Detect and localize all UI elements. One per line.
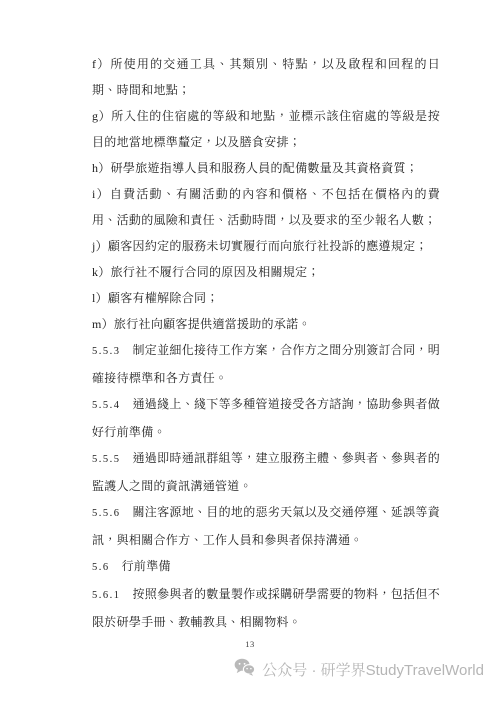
list-item-h: h）研學旅遊指導人員和服務人員的配備數量及其資格資質；	[92, 155, 440, 181]
list-item-j: j）顧客因約定的服務未切實履行而向旅行社投訴的應遵規定；	[92, 233, 440, 259]
wechat-icon	[234, 658, 255, 680]
section-number: 5.6	[92, 562, 110, 573]
clause-number: 5.5.5	[92, 454, 121, 465]
item-text: g）所入住的住宿處的等級和地點，並標示該住宿處的等級是按目的地當地標準釐定，以及…	[92, 109, 440, 149]
list-item-i: i）自費活動、有關活動的內容和價格、不包括在價格內的費用、活動的風險和責任、活動…	[92, 181, 440, 233]
clause-number: 5.5.4	[92, 400, 121, 411]
list-item-k: k）旅行社不履行合同的原因及相關規定；	[92, 259, 440, 285]
item-text: i）自費活動、有關活動的內容和價格、不包括在價格內的費用、活動的風險和責任、活動…	[92, 187, 440, 227]
clause-5-6-1: 5.6.1按照參與者的數量製作或採購研學需要的物料，包括但不限於研學手冊、教輔教…	[92, 581, 440, 635]
item-text: j）顧客因約定的服務未切實履行而向旅行社投訴的應遵規定；	[92, 239, 428, 253]
watermark-footer: 公众号 · 研学界StudyTravelWorld	[0, 658, 500, 680]
list-item-f: f）所使用的交通工具、其類別、特點，以及啟程和回程的日期、時間和地點；	[92, 51, 440, 103]
item-text: k）旅行社不履行合同的原因及相關規定；	[92, 265, 320, 279]
clause-text: 通過綫上、綫下等多種管道接受各方諮詢，協助參與者做好行前準備。	[92, 397, 440, 439]
page-number: 13	[0, 639, 500, 649]
clause-text: 按照參與者的數量製作或採購研學需要的物料，包括但不限於研學手冊、教輔教具、相關物…	[92, 587, 440, 629]
clause-5-5-6: 5.5.6關注客源地、目的地的惡劣天氣以及交通停運、延誤等資訊，與相關合作方、工…	[92, 499, 440, 553]
list-item-g: g）所入住的住宿處的等級和地點，並標示該住宿處的等級是按目的地當地標準釐定，以及…	[92, 103, 440, 155]
item-text: m）旅行社向顧客提供適當援助的承諾。	[92, 317, 311, 331]
clause-text: 制定並細化接待工作方案，合作方之間分別簽訂合同，明確接待標準和各方責任。	[92, 343, 440, 385]
document-page: f）所使用的交通工具、其類別、特點，以及啟程和回程的日期、時間和地點； g）所入…	[0, 0, 500, 706]
clause-5-5-3: 5.5.3制定並細化接待工作方案，合作方之間分別簽訂合同，明確接待標準和各方責任…	[92, 337, 440, 391]
clause-text: 通過即時通訊群組等，建立服務主體、參與者、參與者的監護人之間的資訊溝通管道。	[92, 451, 440, 493]
clause-number: 5.5.6	[92, 508, 121, 519]
item-text: f）所使用的交通工具、其類別、特點，以及啟程和回程的日期、時間和地點；	[92, 57, 440, 97]
clause-number: 5.6.1	[92, 590, 121, 601]
page-body: f）所使用的交通工具、其類別、特點，以及啟程和回程的日期、時間和地點； g）所入…	[0, 0, 500, 635]
item-text: l）顧客有權解除合同；	[92, 291, 219, 305]
watermark-text: 公众号 · 研学界StudyTravelWorld	[262, 659, 484, 680]
section-heading-5-6: 5.6行前準備	[92, 553, 440, 581]
clause-number: 5.5.3	[92, 346, 121, 357]
clause-5-5-5: 5.5.5通過即時通訊群組等，建立服務主體、參與者、參與者的監護人之間的資訊溝通…	[92, 445, 440, 499]
list-item-m: m）旅行社向顧客提供適當援助的承諾。	[92, 311, 440, 337]
clause-text: 關注客源地、目的地的惡劣天氣以及交通停運、延誤等資訊，與相關合作方、工作人員和參…	[92, 505, 440, 547]
section-title: 行前準備	[122, 559, 171, 573]
clause-5-5-4: 5.5.4通過綫上、綫下等多種管道接受各方諮詢，協助參與者做好行前準備。	[92, 391, 440, 445]
item-text: h）研學旅遊指導人員和服務人員的配備數量及其資格資質；	[92, 161, 418, 175]
list-item-l: l）顧客有權解除合同；	[92, 285, 440, 311]
